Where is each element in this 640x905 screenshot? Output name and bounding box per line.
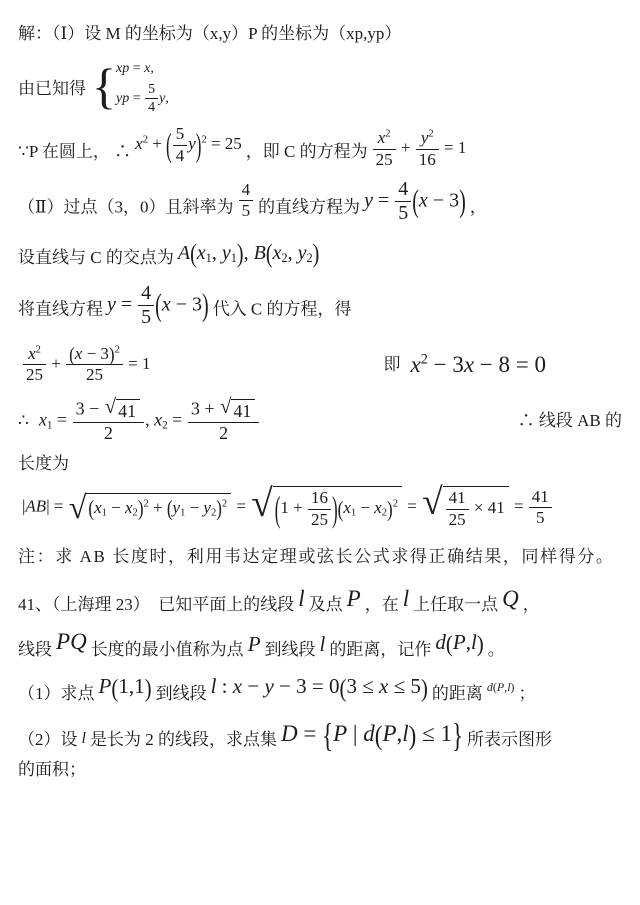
problem-41-line: 41、（上海理 23） 已知平面上的线段l及点P，在l上任取一点Q，	[18, 582, 622, 618]
segment-equation: l : x − y − 3 = 0(3 ≤ x ≤ 5)	[211, 671, 428, 701]
roots-expression: x1 = 3 − √412, x2 = 3 + √412	[39, 399, 261, 444]
point-p-symbol: P	[248, 629, 261, 659]
text-segment: 由已知得	[18, 78, 86, 97]
ellipse-equation: x225 + y216 = 1	[372, 129, 467, 169]
text-segment: 即	[383, 353, 400, 378]
slope-fraction: 45	[238, 181, 255, 221]
intersection-points: A(x1, y1), B(x2, y2)	[178, 239, 320, 268]
point-set-definition: D = {P | d(P,l) ≤ 1}	[281, 717, 463, 750]
text-segment: ∵P 在圆上，	[18, 142, 110, 161]
substitute-line: 将直线方程y = 45(x − 3)代入 C 的方程，得	[18, 283, 622, 329]
length-label-line: 长度为	[18, 452, 622, 477]
text-segment: 所表示图形	[467, 730, 552, 749]
left-brace: {	[92, 64, 116, 109]
equation-system: {xp = x,yp = 54y,	[92, 59, 169, 116]
text-segment: 解：（Ⅰ）设 M 的坐标为（x,y）P 的坐标为（xp,yp）	[18, 24, 401, 43]
text-segment: 到线段	[156, 684, 207, 703]
segment-pq-symbol: PQ	[56, 625, 87, 658]
point-p11: P(1,1)	[99, 671, 152, 701]
text-segment: 设直线与 C 的交点为	[18, 248, 174, 267]
text-segment: 线段	[18, 640, 52, 659]
solution-intro-line: 解：（Ⅰ）设 M 的坐标为（x,y）P 的坐标为（xp,yp）	[18, 22, 622, 47]
text-segment: 将直线方程	[18, 299, 103, 318]
line-equation-line: （Ⅱ）过点（3，0）且斜率为45的直线方程为y = 45(x − 3)，	[18, 179, 622, 225]
intersection-points-line: 设直线与 C 的交点为A(x1, y1), B(x2, y2)	[18, 239, 622, 271]
segment-l-symbol: l	[298, 582, 304, 615]
segment-l-symbol: l	[320, 629, 326, 659]
point-p-symbol: P	[347, 582, 361, 615]
distance-notation-small: d(P,l)	[487, 679, 515, 696]
substituted-ellipse-equation: x225 + (x − 3)225 = 1	[22, 345, 150, 385]
quadratic-line: x225 + (x − 3)225 = 1 即x2 − 3x − 8 = 0	[18, 345, 622, 385]
segment-l-symbol: l	[403, 582, 409, 615]
roots-group: ∴x1 = 3 − √412, x2 = 3 + √412	[18, 399, 264, 444]
text-segment: 的距离	[432, 684, 483, 703]
comma: ，	[470, 198, 487, 217]
text-segment: ，在	[365, 595, 399, 614]
question-2-line: （2）设l是长为 2 的线段，求点集D = {P | d(P,l) ≤ 1}所表…	[18, 717, 622, 753]
substituted-circle-equation: x2 + (54y)2 = 25	[135, 125, 242, 165]
line-equation: y = 45(x − 3)	[364, 179, 466, 225]
system-equation-1: xp = x,	[116, 59, 169, 79]
note-text: 注：求 AB 长度时，利用韦达定理或弦长公式求得正确结果，同样得分。	[18, 547, 615, 566]
period: 。	[488, 640, 505, 659]
therefore-symbol: ∴	[110, 142, 131, 161]
segment-ab-text: ∴ 线段 AB 的	[518, 409, 622, 434]
text-segment: （Ⅱ）过点（3，0）且斜率为	[18, 198, 234, 217]
circle-substitution-line: ∵P 在圆上， ∴x2 + (54y)2 = 25，即 C 的方程为x225 +…	[18, 125, 622, 169]
document-page: 解：（Ⅰ）设 M 的坐标为（x,y）P 的坐标为（xp,yp） 由已知得{xp …	[0, 0, 640, 813]
ab-length-formula: |AB| = √(x1 − x2)2 + (y1 − y2)2 = √(1 + …	[22, 486, 553, 529]
comma: ，	[523, 595, 540, 614]
text-segment: 的直线方程为	[258, 198, 360, 217]
segment-l-symbol: l	[82, 727, 86, 750]
text-segment: 上任取一点	[413, 595, 498, 614]
text-segment: 的距离，记作	[329, 640, 431, 659]
text-segment: 是长为 2 的线段，求点集	[90, 730, 277, 749]
line-equation-repeat: y = 45(x − 3)	[107, 283, 209, 329]
text-segment: （2）设	[18, 730, 78, 749]
text-segment: 长度的最小值称为点	[91, 640, 244, 659]
system-equation-2: yp = 54y,	[116, 82, 169, 115]
question-1-line: （1）求点P(1,1)到线段l : x − y − 3 = 0(3 ≤ x ≤ …	[18, 671, 622, 707]
roots-line: ∴x1 = 3 − √412, x2 = 3 + √412 ∴ 线段 AB 的	[18, 399, 622, 444]
text-segment: 及点	[309, 595, 343, 614]
area-label-line: 的面积；	[18, 758, 622, 783]
quadratic-group: 即x2 − 3x − 8 = 0	[383, 348, 550, 381]
text-segment: 41、（上海理 23） 已知平面上的线段	[18, 595, 294, 614]
therefore-symbol: ∴	[18, 409, 29, 434]
text-segment: 到线段	[265, 640, 316, 659]
point-q-symbol: Q	[502, 582, 519, 615]
semicolon: ；	[519, 684, 536, 703]
system-of-equations-line: 由已知得{xp = x,yp = 54y,	[18, 59, 622, 116]
distance-notation: d(P,l)	[435, 627, 483, 657]
text-segment: （1）求点	[18, 684, 95, 703]
ab-length-formula-line: |AB| = √(x1 − x2)2 + (y1 − y2)2 = √(1 + …	[18, 486, 622, 529]
text-segment: 的面积；	[18, 760, 86, 779]
text-segment: ，即 C 的方程为	[246, 142, 368, 161]
note-line: 注：求 AB 长度时，利用韦达定理或弦长公式求得正确结果，同样得分。	[18, 545, 622, 570]
text-segment: 长度为	[18, 454, 69, 473]
text-segment: 代入 C 的方程，得	[213, 299, 352, 318]
quadratic-equation: x2 − 3x − 8 = 0	[410, 348, 546, 381]
distance-definition-line: 线段PQ长度的最小值称为点P到线段l的距离，记作d(P,l)。	[18, 625, 622, 663]
